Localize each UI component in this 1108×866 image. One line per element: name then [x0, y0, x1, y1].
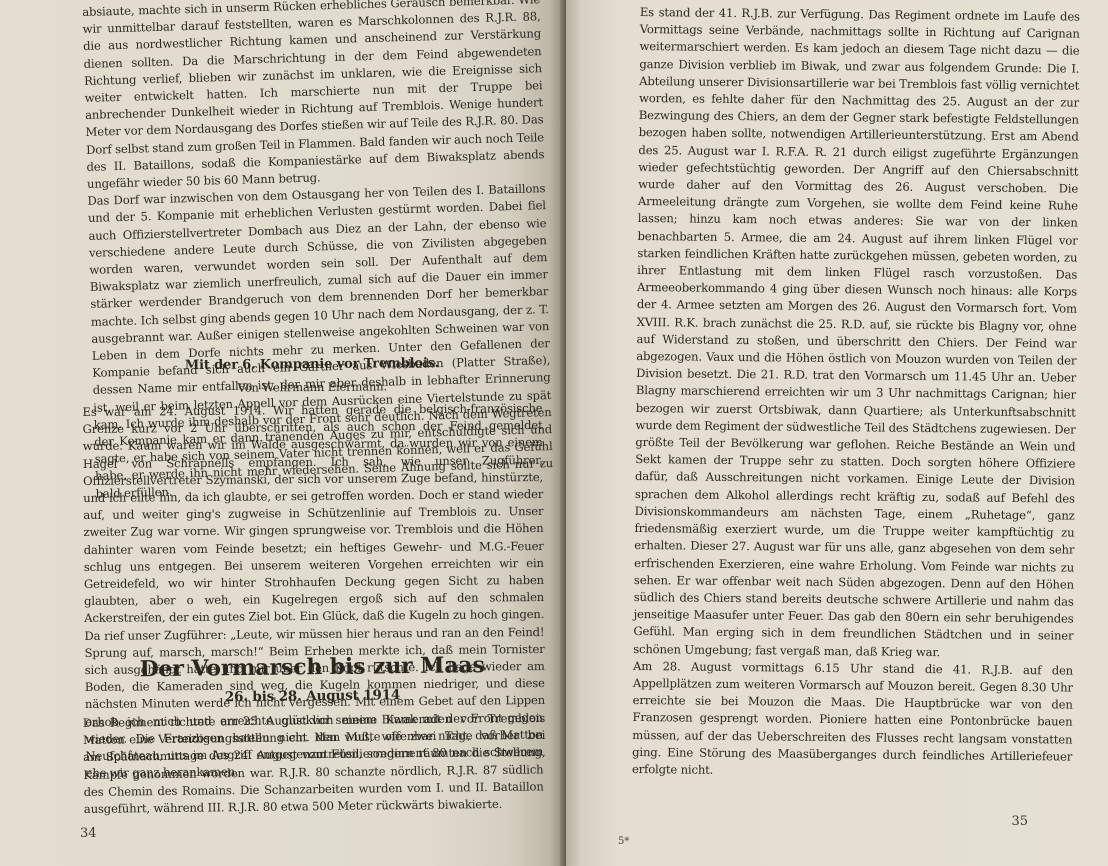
chapter-title: Der Vormarsch bis zur Maas [82, 649, 542, 685]
section-byline: Von Wehrmann Eiermann. [82, 376, 542, 398]
chapter-vormarsch: Der Vormarsch bis zur Maas 26. bis 28. A… [82, 649, 544, 818]
paragraph: Das Regiment richtete am 25. August vor … [83, 709, 544, 818]
paragraph: Am 28. August vormittags 6.15 Uhr stand … [632, 658, 1073, 783]
left-page: absiaute, machte sich in unserm Rücken e… [0, 0, 566, 866]
paragraph: absiaute, machte sich in unserm Rücken e… [82, 0, 545, 193]
paragraph: Es stand der 41. R.J.B. zur Verfügung. D… [633, 4, 1080, 662]
section-title: Mit der 6. Kompanie vor Tremblois. [82, 354, 542, 376]
page-number-right: 35 [1011, 814, 1028, 829]
right-page-text: Es stand der 41. R.J.B. zur Verfügung. D… [632, 4, 1080, 783]
right-page: Es stand der 41. R.J.B. zur Verfügung. D… [566, 0, 1108, 866]
page-number-left: 34 [80, 826, 97, 841]
signature-mark: 5* [618, 836, 629, 847]
chapter-subtitle: 26. bis 28. August 1914 [82, 683, 542, 709]
book-spread: absiaute, machte sich in unserm Rücken e… [0, 0, 1108, 866]
